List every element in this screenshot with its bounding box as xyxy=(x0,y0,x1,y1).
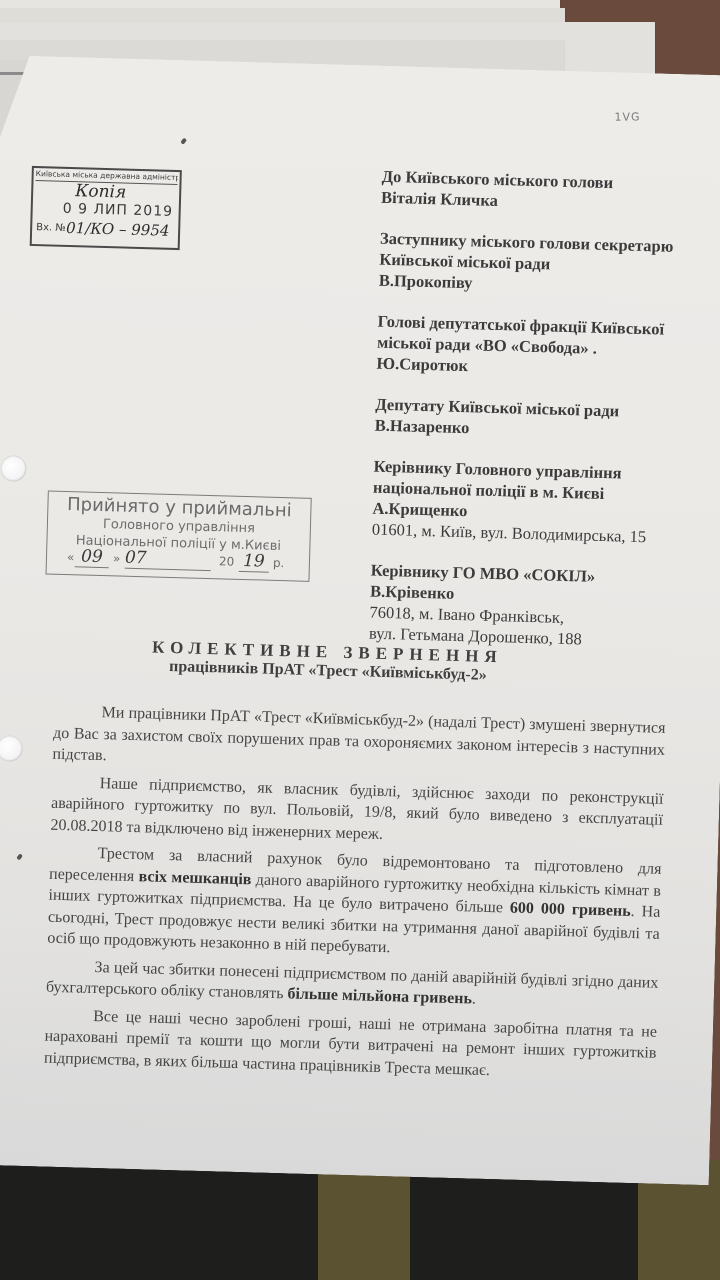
stamp-quote: « xyxy=(67,550,75,564)
page-number-mark: 1VG xyxy=(614,110,640,123)
punch-hole-icon xyxy=(0,455,27,482)
addressee-list: До Київського міського головиВіталія Кли… xyxy=(368,166,720,673)
document-page: 1VG Київська міська державна адміністрац… xyxy=(0,55,720,1185)
stamp-year-prefix: 20 xyxy=(219,554,235,568)
addressee-block: Керівнику ГО МВО «СОКІЛ»В.Крівенко76018,… xyxy=(369,560,711,653)
police-reception-stamp: Прийнято у приймальні Головного управлін… xyxy=(46,491,312,582)
addressee-block: Керівнику Головного управліннянаціональн… xyxy=(372,456,714,549)
body-paragraph: Наше підприємство, як власник будівлі, з… xyxy=(50,771,664,853)
body-paragraph: Ми працівники ПрАТ «Трест «Київміськбуд-… xyxy=(52,701,666,783)
emphasis-text: 600 000 гривень xyxy=(510,900,631,920)
addressee-block: Заступнику міського голови секретарюКиїв… xyxy=(379,228,720,300)
background-shadow xyxy=(0,1160,318,1280)
stamp-day: 09 xyxy=(75,546,110,568)
paragraph-text: Ми працівники ПрАТ «Трест «Київміськбуд-… xyxy=(52,704,665,764)
emphasis-text: більше мільйона гривень xyxy=(287,985,472,1007)
stamp-quote: » xyxy=(113,551,121,565)
paragraph-text: Все це наші чесно зароблені гроші, наші … xyxy=(44,1007,657,1078)
stamp-handwritten-label: Копія xyxy=(75,181,127,202)
body-paragraph: Трестом за власний рахунок було відремон… xyxy=(47,842,662,967)
ink-speck xyxy=(180,138,187,145)
addressee-block: До Київського міського головиВіталія Кли… xyxy=(381,166,720,217)
document-body: Ми працівники ПрАТ «Трест «Київміськбуд-… xyxy=(44,701,666,1092)
body-paragraph: Все це наші чесно зароблені гроші, наші … xyxy=(44,1004,658,1086)
stamp-year: 19 xyxy=(239,551,270,573)
emphasis-text: всіх мешканців xyxy=(138,868,251,888)
addressee-block: Голові депутатської фракції Київськоїміс… xyxy=(376,311,718,383)
stamp-incoming-number: 01/КО – 9954 xyxy=(66,219,170,240)
paragraph-text: . xyxy=(472,991,476,1008)
stamp-year-unit: р. xyxy=(273,556,285,570)
paragraph-text: Наше підприємство, як власник будівлі, з… xyxy=(50,775,663,843)
ink-speck xyxy=(16,853,23,860)
kmda-registration-stamp: Київська міська державна адміністрація К… xyxy=(30,166,182,250)
stamp-month: 07 xyxy=(125,548,212,571)
addressee-block: Депутату Київської міської радиВ.Назарен… xyxy=(375,394,716,445)
stamp-incoming-label: Вх. № xyxy=(36,222,66,234)
stamp-date: 0 9 ЛИП 2019 xyxy=(63,201,174,220)
punch-hole-icon xyxy=(0,735,23,762)
